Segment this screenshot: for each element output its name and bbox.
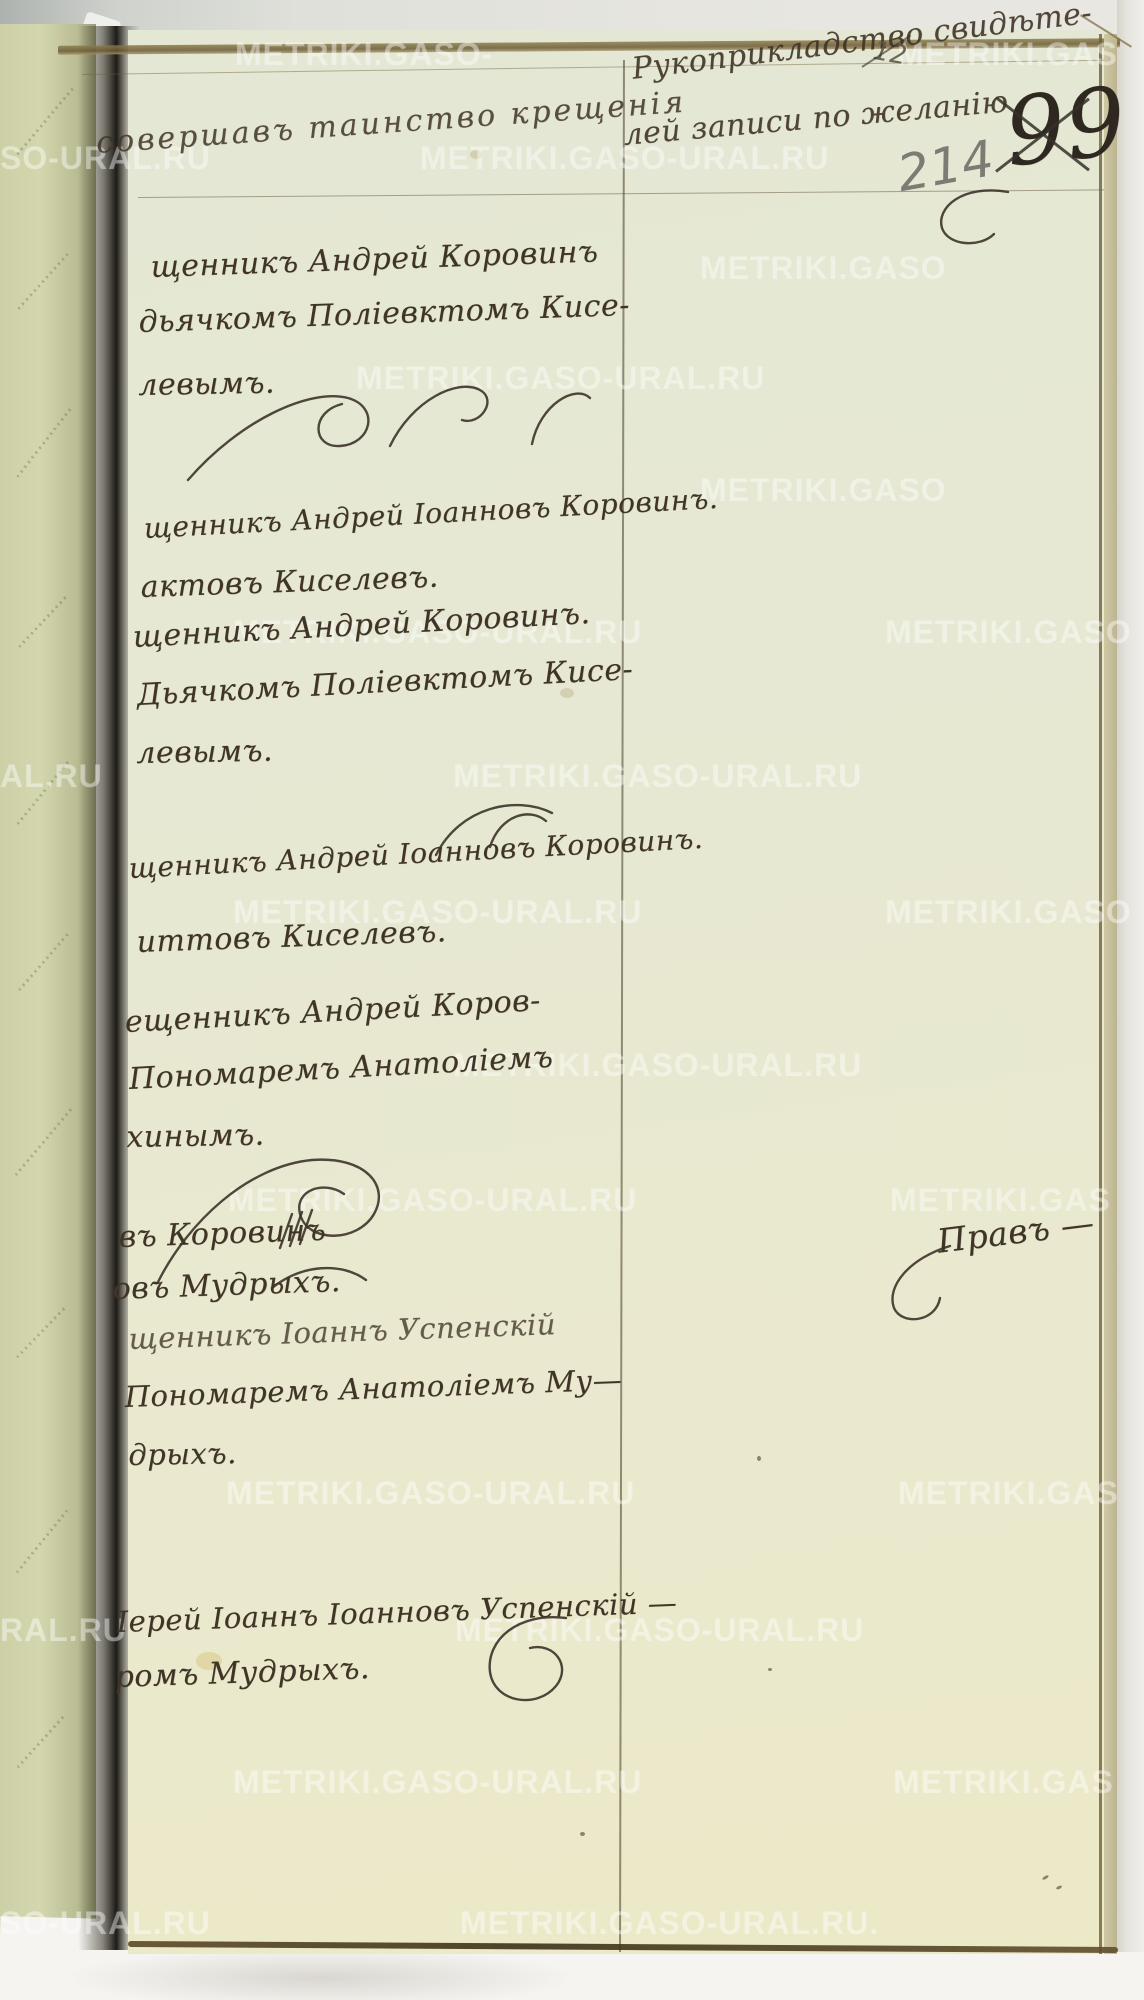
handwriting-line: левымъ.	[136, 734, 273, 771]
handwriting-line: хинымъ.	[126, 1118, 265, 1155]
watermark-text: SO-URAL.RU	[0, 1905, 211, 1942]
watermark-text: RAL.RU	[0, 1612, 127, 1649]
ink-flourish-signature-2	[152, 1152, 392, 1292]
ink-speck	[768, 1668, 772, 1671]
page-right-edge	[1099, 34, 1102, 1954]
ink-flourish-capital	[430, 793, 570, 865]
ink-flourish-signature-1	[180, 360, 600, 510]
watermark-text: METRIKI.GASO	[700, 472, 947, 509]
watermark-text: METRIKI.GASO-URAL.RU	[226, 1475, 635, 1512]
ink-flourish-c-curl	[928, 182, 1020, 252]
watermark-text: METRIKI.GASO-	[235, 36, 493, 73]
ink-flourish-note-loop	[880, 1240, 990, 1330]
ink-speck	[757, 1456, 761, 1461]
scan-background-right	[1117, 0, 1144, 2000]
scanned-register-page: METRIKI.GASO-METRIKI.GASSO-URAL.RUMETRIK…	[0, 0, 1144, 2000]
folio-number-ink-crossed: 99	[1000, 67, 1131, 188]
watermark-text: METRIKI.GASO	[700, 250, 947, 287]
handwriting-line: дрыхъ.	[128, 1436, 237, 1472]
ink-speck	[580, 1832, 585, 1836]
watermark-text: METRIKI.GASO-URAL.RU.	[460, 1905, 879, 1942]
watermark-text: METRIKI.GASO	[885, 894, 1132, 931]
watermark-text: METRIKI.GAS	[893, 1764, 1114, 1801]
watermark-text: METRIKI.GASO-URAL.RU	[453, 758, 862, 795]
watermark-text: METRIKI.GAS	[898, 1475, 1119, 1512]
folio-number-small: 12	[871, 36, 910, 71]
watermark-text: METRIKI.GASO	[885, 614, 1132, 651]
ink-flourish-signature-3	[478, 1610, 574, 1714]
watermark-text: AL.RU	[0, 758, 103, 795]
watermark-text: METRIKI.GASO-URAL.RU	[233, 1764, 642, 1801]
page-right-edge-strip	[1104, 34, 1117, 1954]
